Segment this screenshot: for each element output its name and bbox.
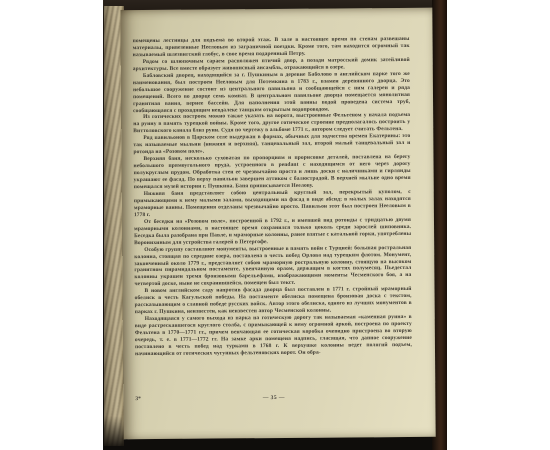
paragraph: Особую группу составляют монументы, выст… bbox=[134, 245, 411, 289]
paragraph: Ряд павильонов в Царском селе выдержан в… bbox=[133, 133, 410, 156]
paragraph: Нижняя баня представляет собою центральн… bbox=[134, 189, 411, 219]
paragraph: помещены лестницы для подъема во второй … bbox=[133, 36, 410, 59]
book-photo: помещены лестницы для подъема во второй … bbox=[103, 0, 447, 450]
page-number: — 35 — bbox=[135, 394, 412, 402]
paragraph: Из готических построек можно также указа… bbox=[133, 112, 410, 135]
book-page: помещены лестницы для подъема во второй … bbox=[120, 8, 435, 439]
paragraph: От беседки на «Розовом поле», построенно… bbox=[134, 217, 411, 247]
paragraph: Верхняя баня, несколько суховатая по про… bbox=[133, 154, 410, 191]
page-text: помещены лестницы для подъема во второй … bbox=[133, 36, 413, 358]
paragraph: Находящаяся у самого выхода из парка на … bbox=[135, 314, 412, 358]
paragraph: В новом английском саду напротив фасада … bbox=[135, 286, 412, 316]
paragraph: Бабловский дворец, находящийся за г. Пуш… bbox=[133, 71, 410, 115]
page-footer: 3* — 35 — bbox=[135, 394, 412, 406]
